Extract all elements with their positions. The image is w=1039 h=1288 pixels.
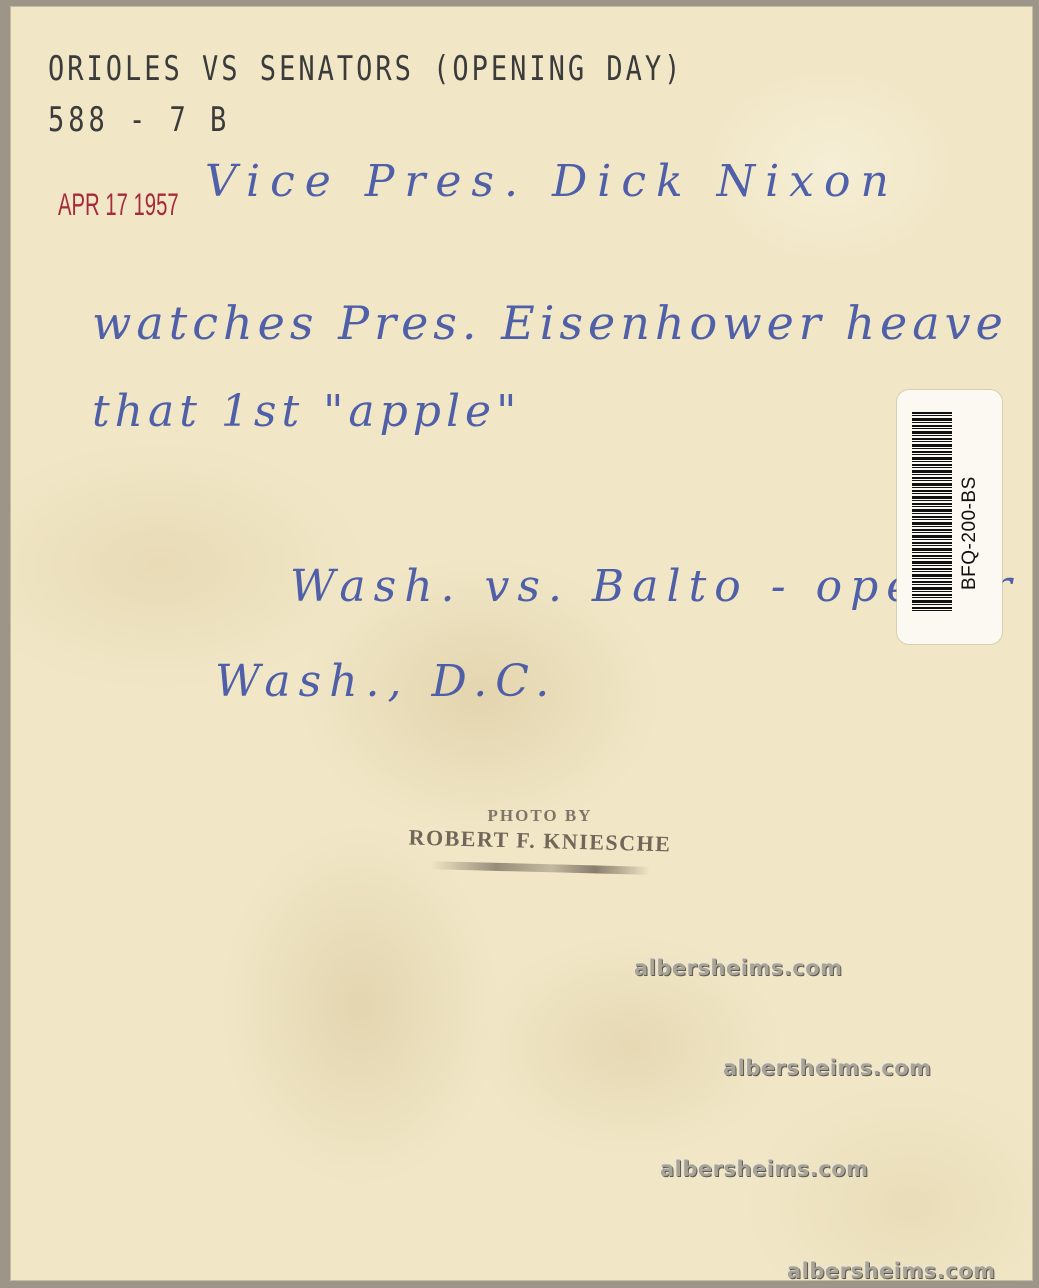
typed-title: ORIOLES VS SENATORS (OPENING DAY) [48,50,683,89]
date-stamp: APR 17 1957 [58,186,179,223]
stamp-smudge [430,861,650,875]
watermark: albersheims.com [723,1056,932,1080]
photo-back-paper: ORIOLES VS SENATORS (OPENING DAY) 588 - … [10,6,1033,1281]
handwritten-line-1: Vice Pres. Dick Nixon [205,156,899,207]
watermark: albersheims.com [634,956,843,980]
photographer-stamp: PHOTO BY ROBERT F. KNIESCHE [370,806,710,872]
barcode-label: BFQ-200-BS [897,390,1002,644]
handwritten-line-5: Wash., D.C. [215,656,557,707]
barcode-icon [912,412,952,612]
photo-by-label: PHOTO BY [370,806,710,826]
typed-catalog-code: 588 - 7 B [48,101,230,140]
photographer-name: ROBERT F. KNIESCHE [370,824,711,859]
watermark: albersheims.com [660,1157,869,1181]
watermark: albersheims.com [787,1259,996,1283]
handwritten-line-3: that 1st "apple" [92,386,521,437]
handwritten-line-2: watches Pres. Eisenhower heave [92,296,1008,350]
barcode-code: BFQ-200-BS [959,476,981,590]
